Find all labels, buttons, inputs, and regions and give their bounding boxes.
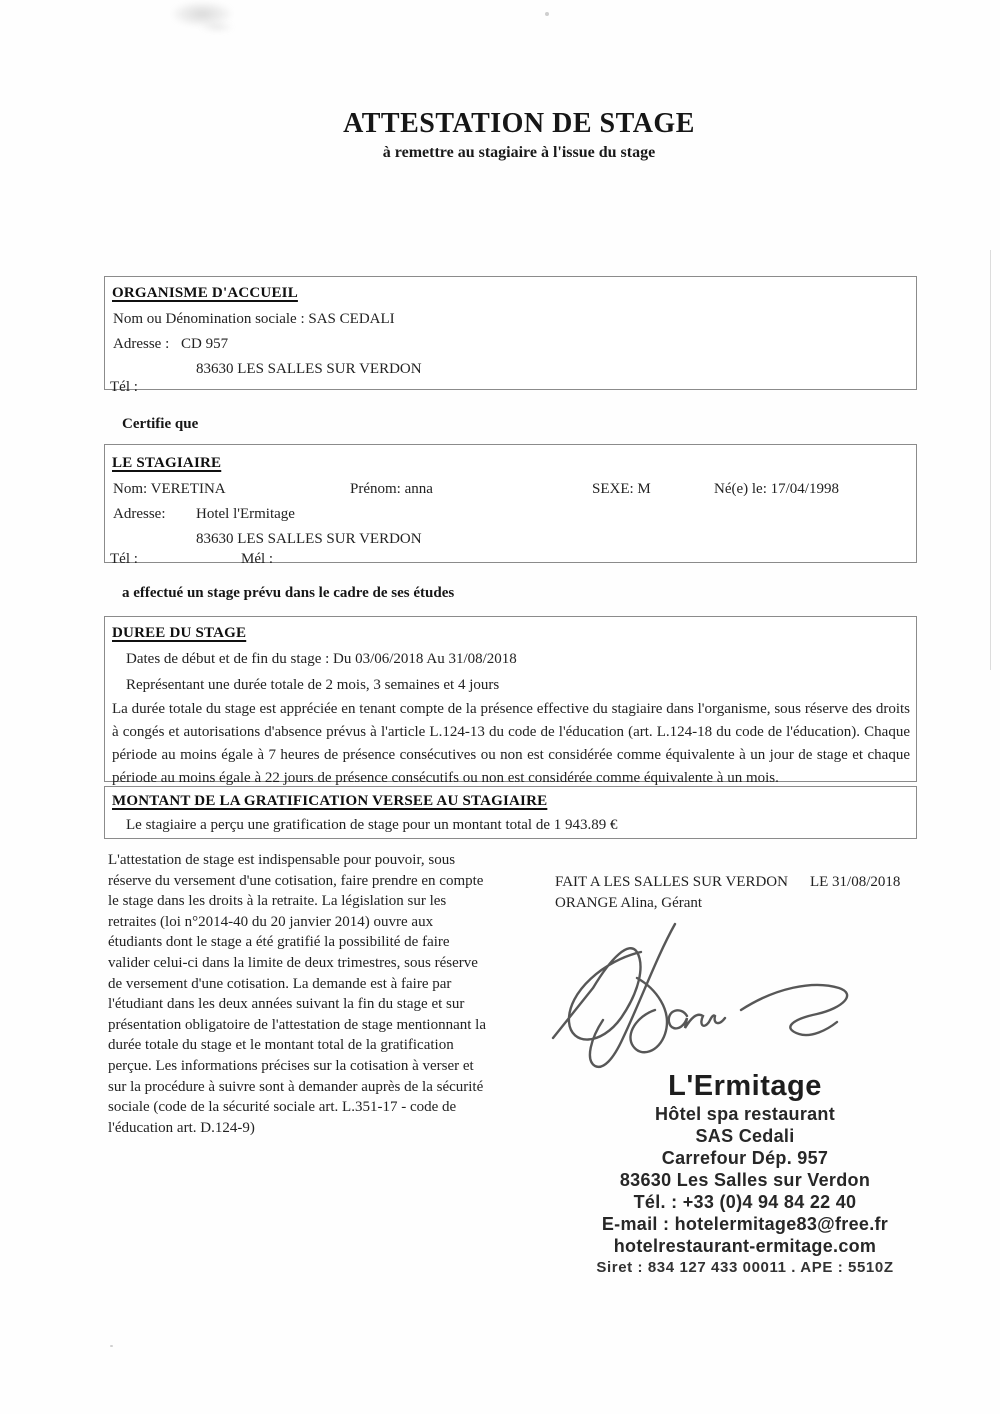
duree-stage-section: DUREE DU STAGE Dates de début et de fin … [104,616,917,782]
scan-speck [110,1345,113,1347]
signataire-line: ORANGE Alina, Gérant [555,895,702,912]
duree-totale-line: Représentant une durée totale de 2 mois,… [126,677,499,694]
organisme-accueil-section: ORGANISME D'ACCUEIL Nom ou Dénomination … [104,276,917,390]
stamp-line-email: E-mail : hotelermitage83@free.fr [545,1214,945,1235]
stagiaire-tel-label: Tél : [110,551,138,568]
section-heading-montant: MONTANT DE LA GRATIFICATION VERSEE AU ST… [112,793,547,810]
section-heading-stagiaire: LE STAGIAIRE [112,455,221,472]
section-heading-duree: DUREE DU STAGE [112,625,246,642]
document-header: ATTESTATION DE STAGE à remettre au stagi… [19,108,1000,162]
stagiaire-mel-label: Mél : [241,551,273,568]
attestation-document: ATTESTATION DE STAGE à remettre au stagi… [0,0,1000,1414]
montant-line: Le stagiaire a perçu une gratification d… [126,817,618,834]
stamp-line-website: hotelrestaurant-ermitage.com [545,1236,945,1257]
fait-a-place: FAIT A LES SALLES SUR VERDON [555,874,788,890]
stamp-line-siret: Siret : 834 127 433 00011 . APE : 5510Z [545,1259,945,1276]
page-edge-shadow [990,250,991,670]
stamp-line: SAS Cedali [545,1126,945,1147]
scan-smudge [200,22,234,32]
page-subtitle: à remettre au stagiaire à l'issue du sta… [19,144,1000,162]
stagiaire-adresse-label: Adresse: [113,506,166,523]
duree-dates-line: Dates de début et de fin du stage : Du 0… [126,651,517,668]
organisme-adresse-line2: 83630 LES SALLES SUR VERDON [196,361,422,378]
stagiaire-adresse-line2: 83630 LES SALLES SUR VERDON [196,531,422,548]
effectue-stage-line: a effectué un stage prévu dans le cadre … [122,585,454,602]
stamp-line: 83630 Les Salles sur Verdon [545,1170,945,1191]
stagiaire-prenom: Prénom: anna [350,481,433,498]
stagiaire-ne-le: Né(e) le: 17/04/1998 [714,481,839,498]
company-stamp: L'Ermitage Hôtel spa restaurant SAS Ceda… [545,1070,945,1276]
fait-a-date: LE 31/08/2018 [810,874,900,890]
certifie-que-line: Certifie que [122,416,198,433]
stamp-line: Carrefour Dép. 957 [545,1148,945,1169]
organisme-tel-label: Tél : [110,379,138,396]
stagiaire-section: LE STAGIAIRE Nom: VERETINA Prénom: anna … [104,444,917,563]
organisme-adresse-value: CD 957 [181,336,228,353]
organisme-nom: Nom ou Dénomination sociale : SAS CEDALI [113,311,395,328]
stamp-company-name: L'Ermitage [545,1070,945,1103]
stagiaire-sexe: SEXE: M [592,481,651,498]
scan-speck [545,12,549,16]
stagiaire-nom: Nom: VERETINA [113,481,226,498]
duree-paragraph: La durée totale du stage est appréciée e… [112,698,910,790]
stamp-line: Hôtel spa restaurant [545,1104,945,1125]
organisme-adresse-label: Adresse : [113,336,169,353]
page-title: ATTESTATION DE STAGE [19,108,1000,140]
legal-note-paragraph: L'attestation de stage est indispensable… [108,850,490,1138]
fait-a-line: FAIT A LES SALLES SUR VERDONLE 31/08/201… [555,874,900,891]
handwritten-signature [545,918,875,1073]
stamp-line: Tél. : +33 (0)4 94 84 22 40 [545,1192,945,1213]
montant-gratification-section: MONTANT DE LA GRATIFICATION VERSEE AU ST… [104,786,917,839]
stagiaire-adresse-value: Hotel l'Ermitage [196,506,295,523]
section-heading-organisme: ORGANISME D'ACCUEIL [112,285,298,302]
